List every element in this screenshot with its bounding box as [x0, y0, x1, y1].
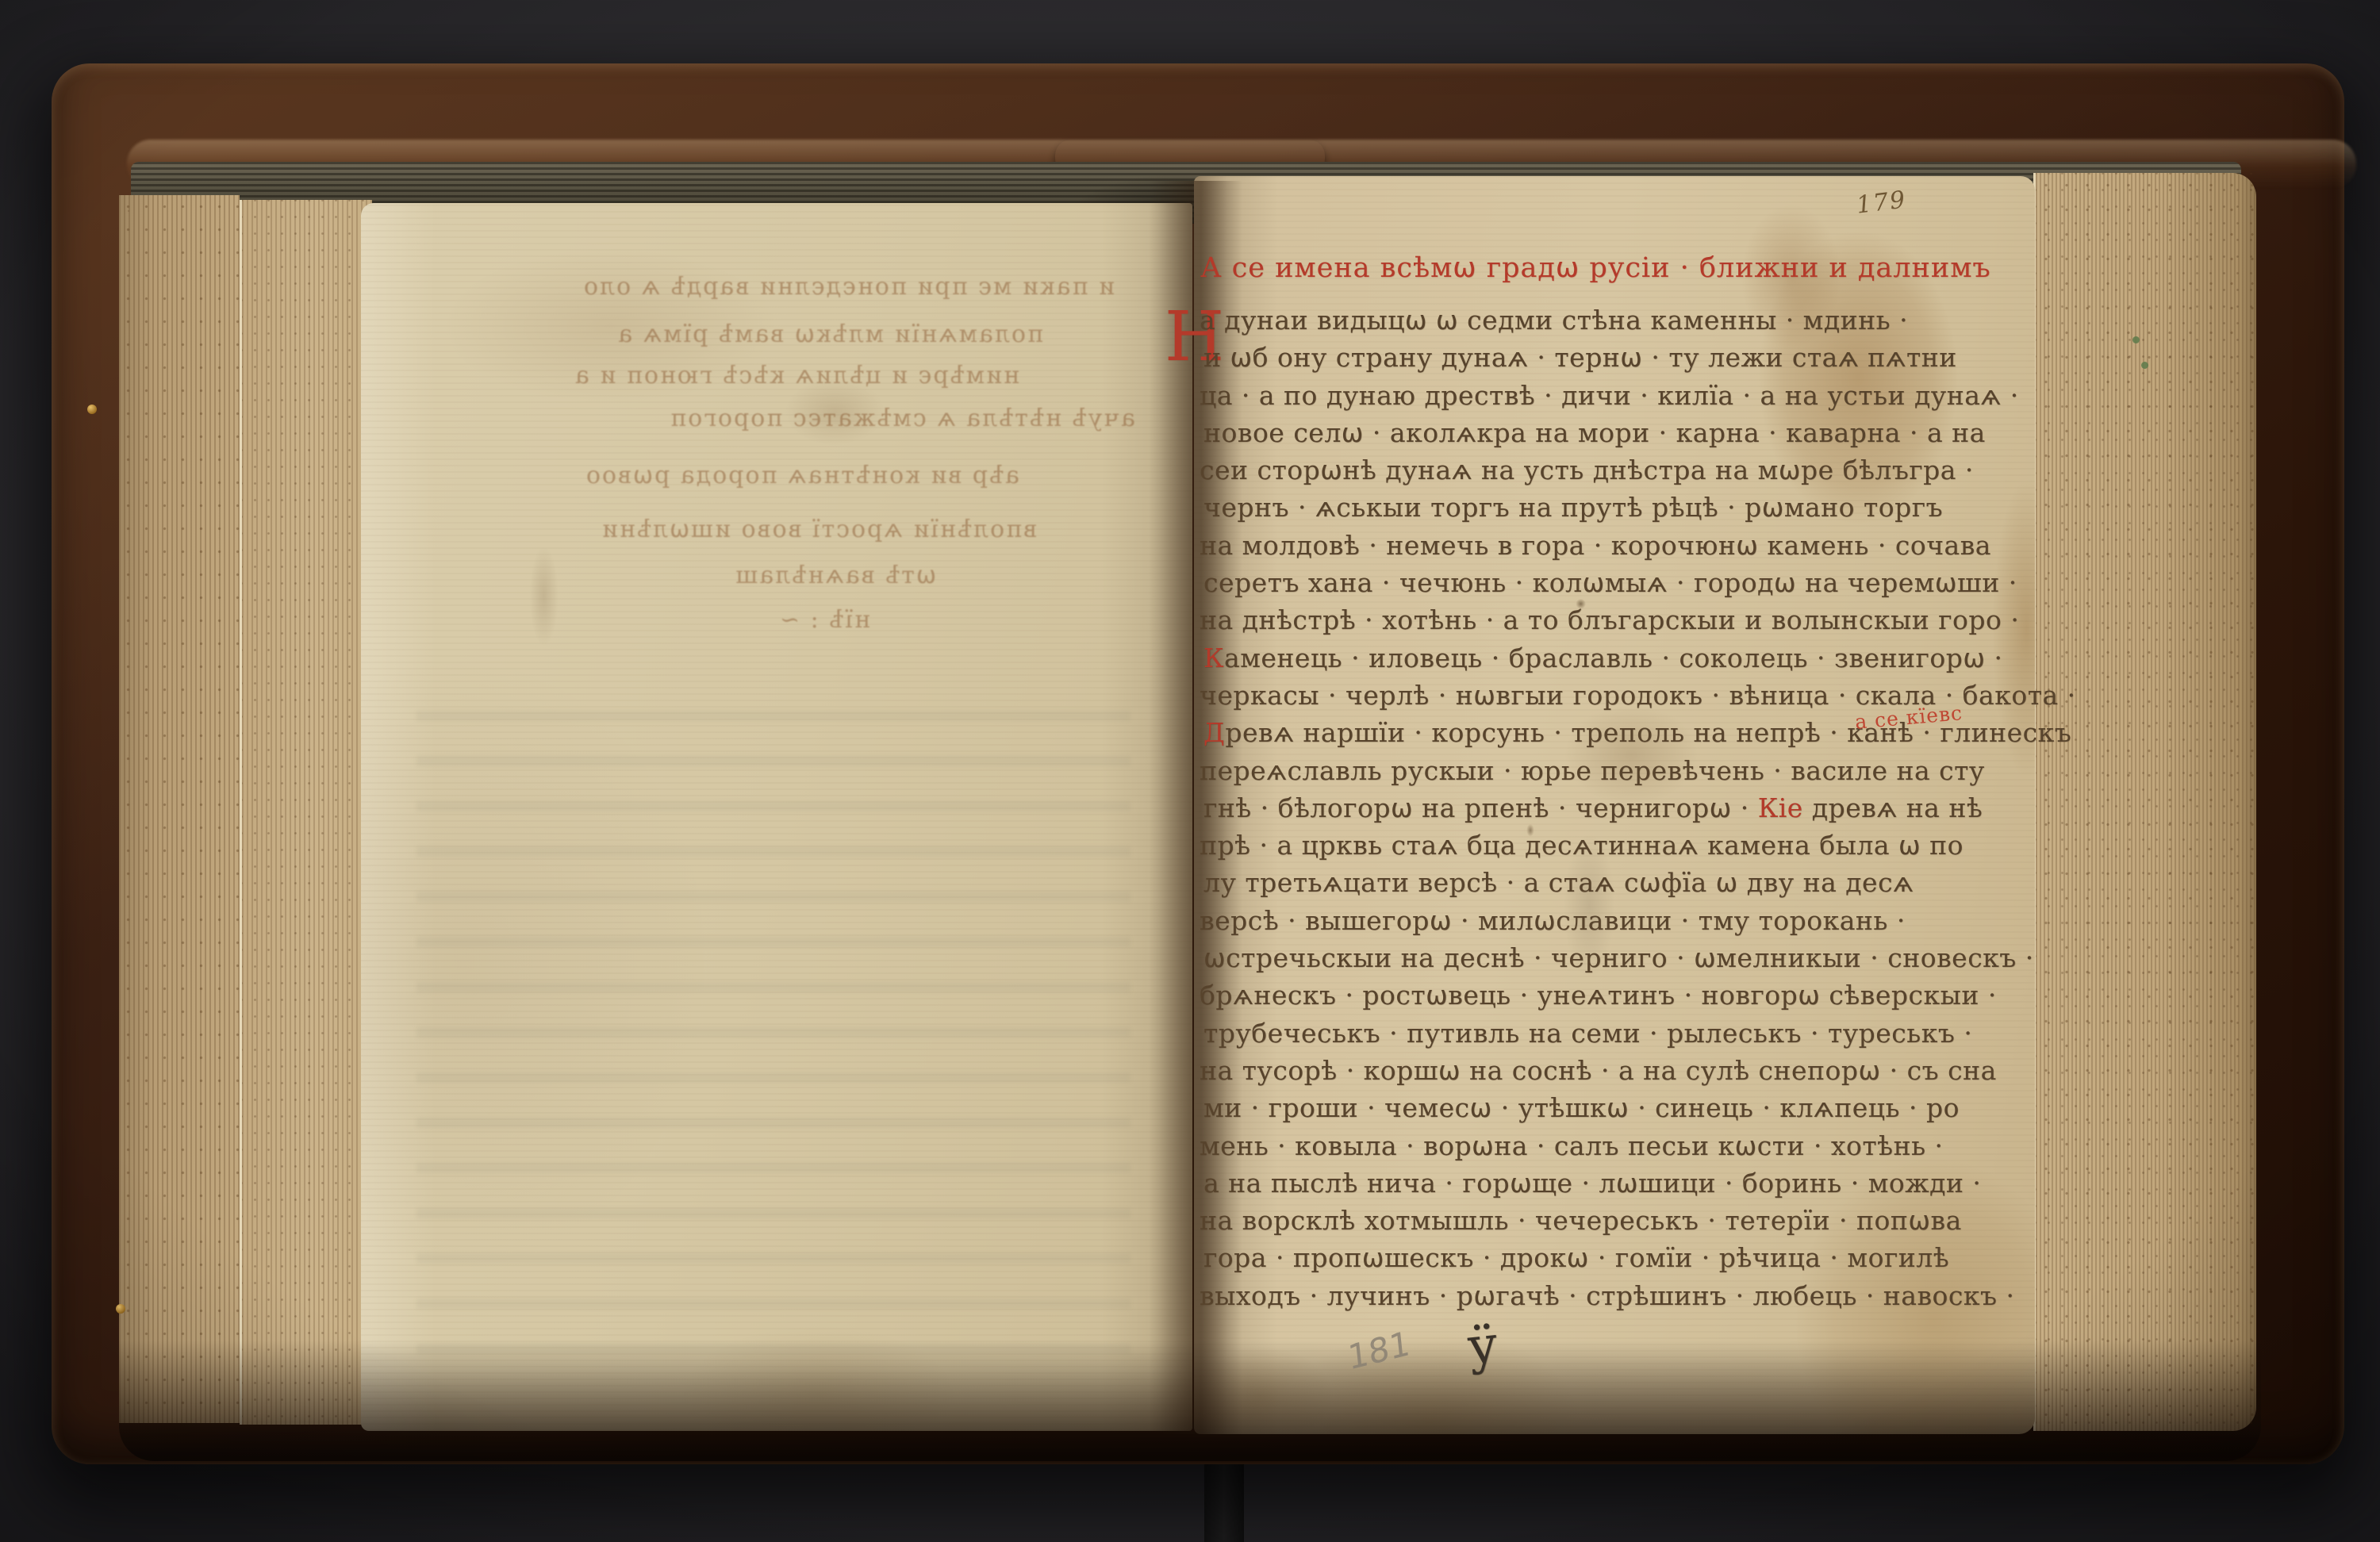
manuscript-line: ца · а по дунаю дрествѣ · дичи · килїа ·…: [1200, 377, 1921, 414]
manuscript-line: ѡстречьскыи на деснѣ · черниго · ѡмелник…: [1200, 939, 1921, 976]
brass-stud: [87, 405, 97, 414]
manuscript-line: версѣ · вышегорѡ · милѡславици · тму тор…: [1200, 902, 1921, 939]
mirrored-offset-text: и паки мє при понєдєлни вардѣ ѧ олополам…: [472, 273, 1138, 685]
fore-edge-left-outer: [119, 195, 240, 1423]
manuscript-line: сеи сторѡнѣ дунаѧ на усть днѣстра на мѡр…: [1200, 451, 1921, 489]
offset-line: поламѧнїи млѣкѡ вамѣ рїмѧ а: [616, 320, 1043, 348]
manuscript-line: чернъ · ѧськыи торгъ на прутѣ рѣцѣ · рѡм…: [1200, 489, 1921, 526]
brass-stud: [116, 1304, 125, 1314]
manuscript-line: на тусорѣ · коршѡ на соснѣ · а на сулѣ с…: [1200, 1052, 1921, 1089]
clasp-verdigris-speck: [2132, 336, 2140, 343]
fore-edge-left-inner: [240, 200, 372, 1425]
photo-scene: и паки мє при понєдєлни вардѣ ѧ олополам…: [0, 0, 2380, 1542]
manuscript-line: лу третьѧцати версѣ · а стаѧ сѡфїа ѡ дву…: [1200, 864, 1921, 901]
clasp-verdigris-speck: [2141, 362, 2148, 369]
manuscript-line: брѧнескъ · ростѡвець · унеѧтинъ · новгор…: [1200, 976, 1921, 1014]
manuscript-line: Древѧ наршїи · корсунь · треполь на непр…: [1200, 714, 1921, 751]
manuscript-line: ми · гроши · чемесѡ · утѣшкѡ · синець · …: [1200, 1089, 1921, 1126]
offset-line: нїѣ : ~: [778, 606, 870, 634]
manuscript-line: серетъ хана · чечюнь · колѡмыѧ · городѡ …: [1200, 564, 1921, 601]
manuscript-line: новое селѡ · аколѧкра на мори · карна · …: [1200, 414, 1921, 451]
manuscript-line: гнѣ · бѣлогорѡ на рпенѣ · чернигорѡ · Кі…: [1200, 789, 1921, 827]
manuscript-line: гора · пропѡшескъ · дрокѡ · гомїи · рѣчи…: [1200, 1239, 1921, 1276]
offset-line: ачуѣ нѣтѣла ѧ смѣжатєс порогоп: [669, 405, 1135, 432]
offset-line: ѡтѣ ваѧнѣлаш: [734, 562, 936, 589]
manuscript-line: переѧславль рускыи · юрье перевѣчень · в…: [1200, 752, 1921, 789]
manuscript-line: прѣ · а црквь стаѧ бца десѧтиннаѧ камена…: [1200, 827, 1921, 864]
rubric-heading: А се имена всѣмѡ градѡ русіи · ближни и …: [1200, 252, 1991, 284]
manuscript-line: Каменець · иловець · браславль · соколец…: [1200, 639, 1921, 677]
offset-line: и паки мє при понєдєлни вардѣ ѧ оло: [582, 273, 1115, 301]
bottom-shadow: [119, 1341, 2261, 1461]
bleedthrough-text: [416, 711, 1130, 1377]
offset-line: вполѣнїи ѧростї вово ишѡлѣни: [601, 516, 1037, 543]
manuscript-line: а на пыслѣ нича · горѡще · лѡшици · бори…: [1200, 1164, 1921, 1202]
quire-mark: ӱ: [1464, 1315, 1500, 1377]
manuscript-lines: а дунаи видыцѡ ѡ седми стѣна каменны · м…: [1200, 301, 1921, 1314]
left-page: и паки мє при понєдєлни вардѣ ѧ олополам…: [361, 203, 1192, 1431]
manuscript-line: на днѣстрѣ · хотѣнь · а то блъгарскыи и …: [1200, 601, 1921, 639]
manuscript-line: трубечеськъ · путивль на семи · рылеськъ…: [1200, 1015, 1921, 1052]
manuscript-line: и ѡб ону страну дунаѧ · тернѡ · ту лежи …: [1200, 339, 1921, 376]
manuscript-line: мень · ковыла · ворѡна · салъ песьи кѡст…: [1200, 1127, 1921, 1164]
manuscript-line: выходъ · лучинъ · рѡгачѣ · стрѣшинъ · лю…: [1200, 1277, 1921, 1314]
manuscript-line: на молдовѣ · немечь в гора · корочюнѡ ка…: [1200, 527, 1921, 564]
offset-line: аѣр ви конѣтнаѧ порода рѡвоо: [585, 462, 1019, 489]
manuscript-line: на ворсклѣ хотмышль · чечереськъ · тетер…: [1200, 1202, 1921, 1239]
book-stand-strap: [1204, 1452, 1244, 1542]
manuscript-line: а дунаи видыцѡ ѡ седми стѣна каменны · м…: [1200, 301, 1921, 339]
offset-line: нимѣрє и цѣлиѧ кѣсѣ гюноп и а: [574, 362, 1019, 389]
manuscript-line: черкасы · черлѣ · нѡвгыи городокъ · вѣни…: [1200, 677, 1921, 714]
